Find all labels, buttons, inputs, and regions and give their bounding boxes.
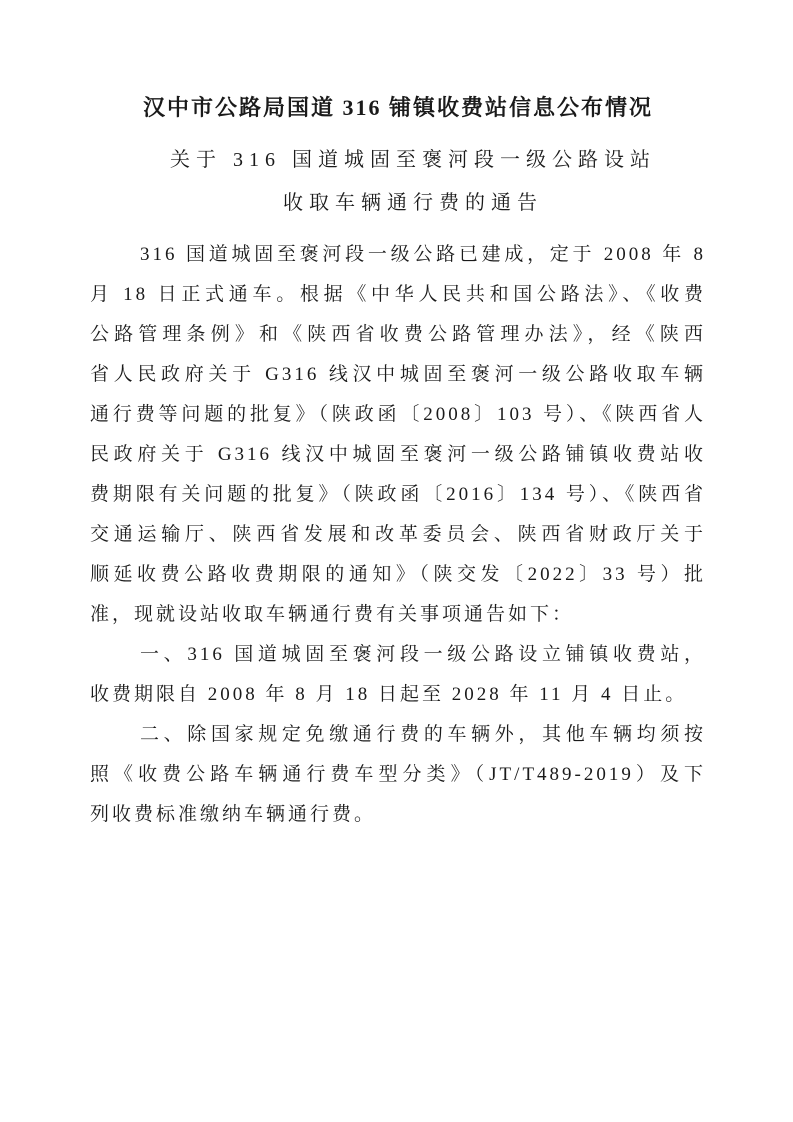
document-title: 汉中市公路局国道 316 铺镇收费站信息公布情况 [90, 88, 706, 128]
body-line: 月 18 日正式通车。根据《中华人民共和国公路法》、《收费 [90, 275, 706, 315]
body-line: 通行费等问题的批复》（陕政函〔2008〕103 号）、《陕西省人 [90, 395, 706, 435]
document-body: 316 国道城固至褒河段一级公路已建成，定于 2008 年 8 月 18 日正式… [90, 235, 706, 835]
body-line: 照《收费公路车辆通行费车型分类》（JT/T489-2019）及下 [90, 755, 706, 795]
body-line: 二、除国家规定免缴通行费的车辆外，其他车辆均须按 [90, 715, 706, 755]
body-line: 省人民政府关于 G316 线汉中城固至褒河一级公路收取车辆 [90, 355, 706, 395]
body-line: 收费期限自 2008 年 8 月 18 日起至 2028 年 11 月 4 日止… [90, 675, 706, 715]
document-subtitle: 关于 316 国道城固至褒河段一级公路设站 收取车辆通行费的通告 [90, 139, 706, 225]
body-line: 公路管理条例》和《陕西省收费公路管理办法》，经《陕西 [90, 315, 706, 355]
body-line: 民政府关于 G316 线汉中城固至褒河一级公路铺镇收费站收 [90, 435, 706, 475]
paragraph-intro: 316 国道城固至褒河段一级公路已建成，定于 2008 年 8 月 18 日正式… [90, 235, 706, 635]
subtitle-line-2: 收取车辆通行费的通告 [120, 182, 706, 225]
document-page: 汉中市公路局国道 316 铺镇收费站信息公布情况 关于 316 国道城固至褒河段… [0, 0, 793, 1122]
body-line: 顺延收费公路收费期限的通知》（陕交发〔2022〕33 号）批 [90, 555, 706, 595]
body-line: 316 国道城固至褒河段一级公路已建成，定于 2008 年 8 [90, 235, 706, 275]
body-line: 费期限有关问题的批复》（陕政函〔2016〕134 号）、《陕西省 [90, 475, 706, 515]
paragraph-item-1: 一、316 国道城固至褒河段一级公路设立铺镇收费站， 收费期限自 2008 年 … [90, 635, 706, 715]
body-line: 交通运输厅、陕西省发展和改革委员会、陕西省财政厅关于 [90, 515, 706, 555]
subtitle-line-1: 关于 316 国道城固至褒河段一级公路设站 [120, 139, 706, 182]
body-line: 一、316 国道城固至褒河段一级公路设立铺镇收费站， [90, 635, 706, 675]
body-line: 列收费标准缴纳车辆通行费。 [90, 795, 706, 835]
body-line: 准，现就设站收取车辆通行费有关事项通告如下： [90, 595, 706, 635]
paragraph-item-2: 二、除国家规定免缴通行费的车辆外，其他车辆均须按 照《收费公路车辆通行费车型分类… [90, 715, 706, 835]
